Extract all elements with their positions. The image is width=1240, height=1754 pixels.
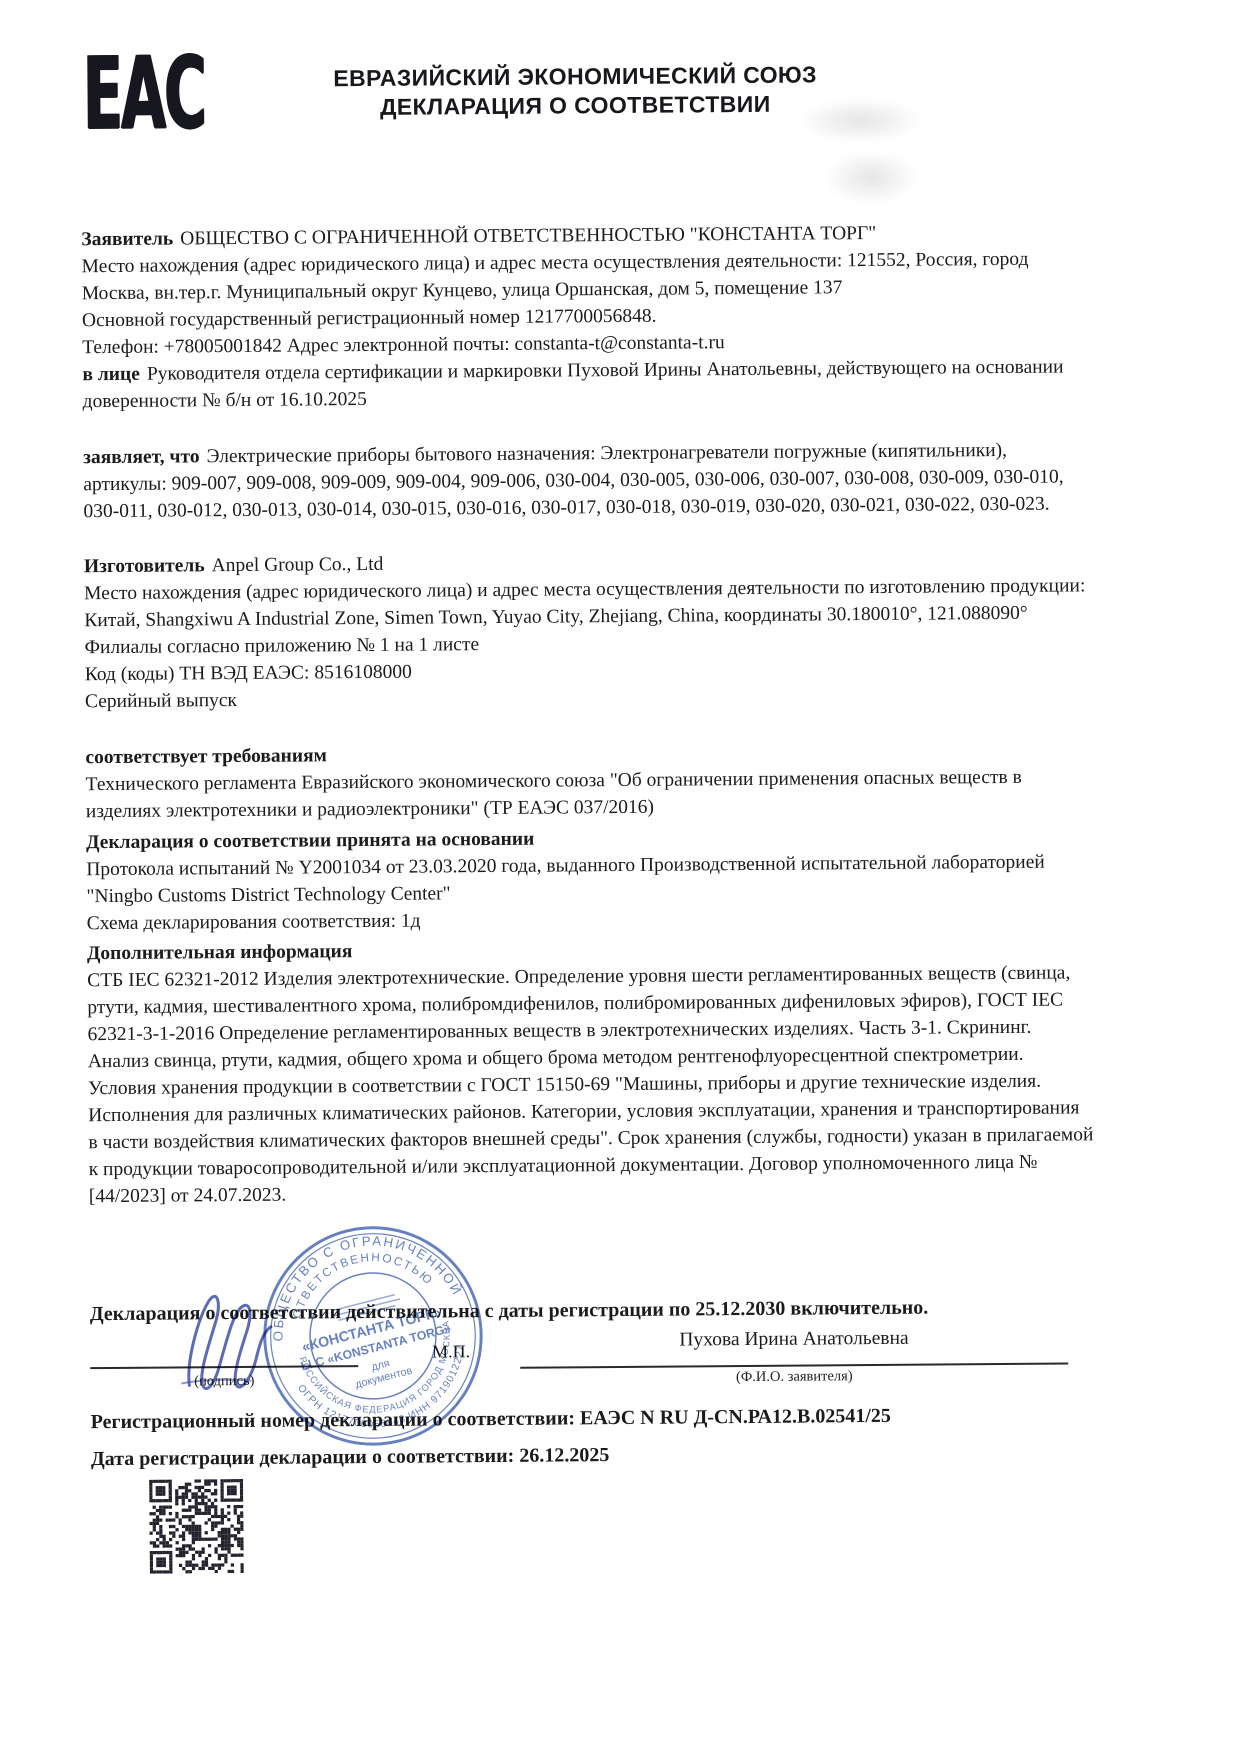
handwritten-signature [173, 1287, 299, 1396]
representative-label: в лице [82, 364, 140, 385]
additional-text: СТБ IEC 62321-2012 Изделия электротехнич… [87, 959, 1094, 1210]
scan-smudge [795, 98, 925, 144]
representative-text: Руководителя отдела сертификации и марки… [83, 357, 1064, 413]
manufacturer-label: Изготовитель [84, 555, 205, 577]
applicant-address: Место нахождения (адрес юридического лиц… [81, 245, 1086, 307]
registration-number-line: Регистрационный номер декларации о соотв… [91, 1401, 1151, 1436]
manufacturer-section: ИзготовительAnpel Group Co., Ltd Место н… [84, 545, 1090, 715]
applicant-name: ОБЩЕСТВО С ОГРАНИЧЕННОЙ ОТВЕТСТВЕННОСТЬЮ… [180, 223, 876, 249]
applicant-representative: в лицеРуководителя отдела сертификации и… [82, 353, 1087, 415]
additional-info-section: Дополнительная информация СТБ IEC 62321-… [87, 932, 1094, 1210]
declares-label: заявляет, что [83, 446, 200, 468]
qr-code [149, 1479, 244, 1574]
compliance-label-text: соответствует требованиям [85, 745, 327, 768]
scan-smudge [824, 150, 919, 206]
fio-caption: (Ф.И.О. заявителя) [520, 1367, 1068, 1388]
compliance-text: Технического регламента Евразийского эко… [86, 763, 1091, 825]
additional-label-text: Дополнительная информация [87, 941, 353, 964]
declares-text: Электрические приборы бытового назначени… [83, 440, 1064, 522]
title-line-union: ЕВРАЗИЙСКИЙ ЭКОНОМИЧЕСКИЙ СОЮЗ [245, 60, 905, 94]
manufacturer-address: Место нахождения (адрес юридического лиц… [84, 572, 1089, 634]
declares-section: заявляет, чтоЭлектрические приборы бытов… [83, 436, 1089, 525]
basis-label-text: Декларация о соответствии принята на осн… [86, 829, 534, 854]
applicant-section: ЗаявительОБЩЕСТВО С ОГРАНИЧЕННОЙ ОТВЕТСТ… [81, 218, 1087, 415]
compliance-section: соответствует требованиям Технического р… [85, 736, 1091, 825]
declares-line: заявляет, чтоЭлектрические приборы бытов… [83, 436, 1089, 525]
scanned-sheet: ЕАС ЕВРАЗИЙСКИЙ ЭКОНОМИЧЕСКИЙ СОЮЗ ДЕКЛА… [0, 0, 1240, 1754]
declaration-document: ЕАС ЕВРАЗИЙСКИЙ ЭКОНОМИЧЕСКИЙ СОЮЗ ДЕКЛА… [0, 0, 1240, 1754]
registration-date-line: Дата регистрации декларации о соответств… [91, 1438, 1151, 1473]
eac-logo: ЕАС [83, 43, 206, 144]
applicant-label: Заявитель [81, 228, 173, 250]
manufacturer-name: Anpel Group Co., Ltd [212, 554, 384, 576]
basis-section: Декларация о соответствии принята на осн… [86, 821, 1092, 937]
applicant-fio: Пухова Ирина Анатольевна [520, 1327, 1068, 1353]
basis-protocol: Протокола испытаний № Y2001034 от 23.03.… [86, 848, 1091, 910]
